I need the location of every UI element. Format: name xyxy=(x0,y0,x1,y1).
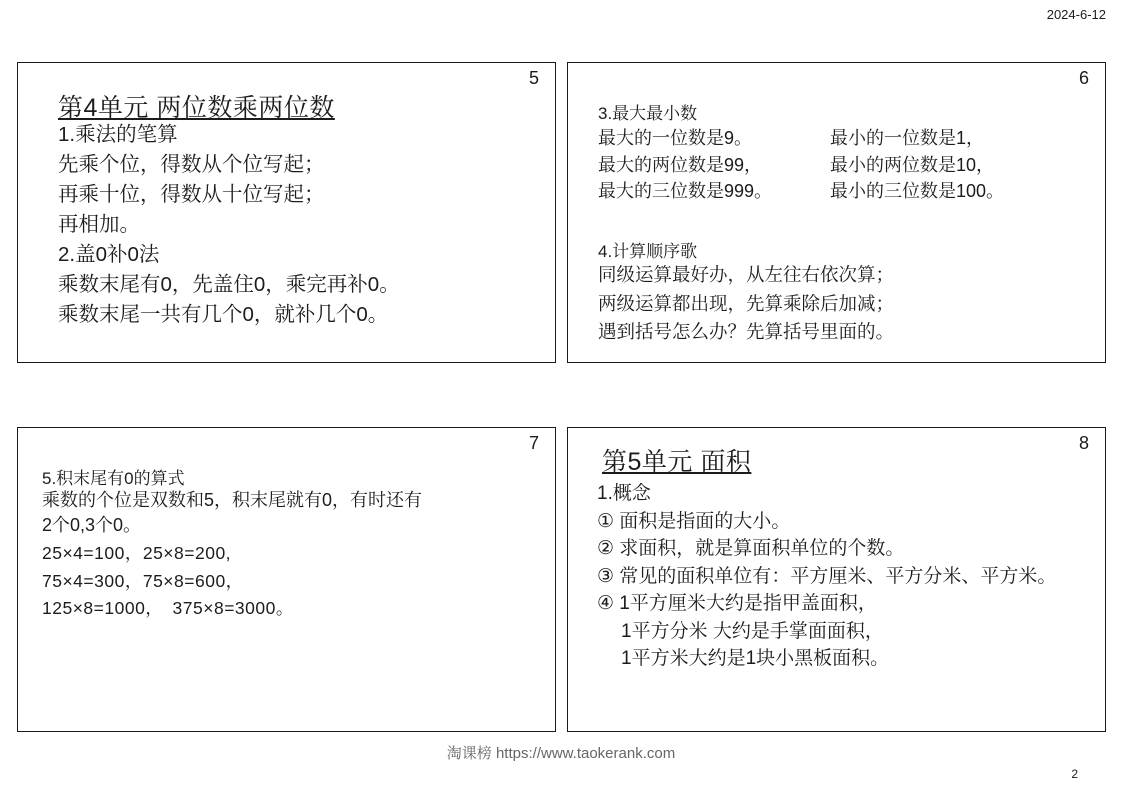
equation-line: 25×4=100，25×8=200, xyxy=(42,540,294,568)
body-line: 2.盖0补0法 xyxy=(58,240,400,270)
slide-body: 1.乘法的笔算 先乘个位，得数从个位写起； 再乘十位，得数从十位写起； 再相加。… xyxy=(58,120,400,330)
body-line: 最小的一位数是1， xyxy=(830,125,1004,152)
column-right: 最小的一位数是1， 最小的两位数是10， 最小的三位数是100。 xyxy=(830,125,1004,205)
slide-number: 5 xyxy=(529,68,539,89)
equation-line: 125×8=1000， 375×8=3000。 xyxy=(42,595,294,623)
section-heading: 4.计算顺序歌 xyxy=(598,237,697,262)
page-number: 2 xyxy=(1071,767,1078,781)
body-line: 遇到括号怎么办？先算括号里面的。 xyxy=(598,318,894,347)
handout-page: 2024-6-12 5 第4单元 两位数乘两位数 1.乘法的笔算 先乘个位，得数… xyxy=(0,0,1122,793)
body-line: ④ 1平方厘米大约是指甲盖面积， xyxy=(597,590,1056,618)
body-line: ① 面积是指面的大小。 xyxy=(597,508,1056,536)
slide-5: 5 第4单元 两位数乘两位数 1.乘法的笔算 先乘个位，得数从个位写起； 再乘十… xyxy=(17,62,556,363)
slide-title: 第5单元 面积 xyxy=(602,442,751,478)
body-line: 再乘十位，得数从十位写起； xyxy=(58,180,400,210)
slide-8: 8 第5单元 面积 1.概念 ① 面积是指面的大小。 ② 求面积，就是算面积单位… xyxy=(567,427,1106,732)
section-heading: 5.积末尾有0的算式 xyxy=(42,464,185,489)
body-line: 乘数末尾一共有几个0，就补几个0。 xyxy=(58,300,400,330)
body-line: 先乘个位，得数从个位写起； xyxy=(58,150,400,180)
equation-line: 75×4=300，75×8=600， xyxy=(42,568,294,596)
footer-watermark: 淘课榜 https://www.taokerank.com xyxy=(0,742,1122,763)
slide-number: 8 xyxy=(1079,433,1089,454)
two-column-block: 最大的一位数是9。 最大的两位数是99， 最大的三位数是999。 最小的一位数是… xyxy=(598,125,1004,205)
equations-block: 25×4=100，25×8=200, 75×4=300，75×8=600， 12… xyxy=(42,540,294,623)
body-line: 1平方分米 大约是手掌面面积， xyxy=(597,618,1056,646)
section-body: 乘数的个位是双数和5，积末尾就有0，有时还有 2个0,3个0。 xyxy=(42,488,422,538)
body-line: 最大的三位数是999。 xyxy=(598,178,830,205)
body-line: 最小的三位数是100。 xyxy=(830,178,1004,205)
body-line: 两级运算都出现，先算乘除后加减； xyxy=(598,290,894,319)
slide-number: 6 xyxy=(1079,68,1089,89)
body-line: 最大的两位数是99， xyxy=(598,152,830,179)
column-left: 最大的一位数是9。 最大的两位数是99， 最大的三位数是999。 xyxy=(598,125,830,205)
date-header: 2024-6-12 xyxy=(1047,7,1106,22)
slide-title: 第4单元 两位数乘两位数 xyxy=(58,88,335,124)
body-line: 1平方米大约是1块小黑板面积。 xyxy=(597,645,1056,673)
slide-6: 6 3.最大最小数 最大的一位数是9。 最大的两位数是99， 最大的三位数是99… xyxy=(567,62,1106,363)
section-heading: 3.最大最小数 xyxy=(598,99,697,124)
body-line: 1.概念 xyxy=(597,480,1056,508)
body-line: 再相加。 xyxy=(58,210,400,240)
body-line: 同级运算最好办，从左往右依次算； xyxy=(598,261,894,290)
body-line: 2个0,3个0。 xyxy=(42,513,422,538)
body-line: 乘数的个位是双数和5，积末尾就有0，有时还有 xyxy=(42,488,422,513)
body-line: 最小的两位数是10， xyxy=(830,152,1004,179)
body-line: ③ 常见的面积单位有：平方厘米、平方分米、平方米。 xyxy=(597,563,1056,591)
body-line: ② 求面积，就是算面积单位的个数。 xyxy=(597,535,1056,563)
slide-number: 7 xyxy=(529,433,539,454)
body-line: 最大的一位数是9。 xyxy=(598,125,830,152)
slide-body: 1.概念 ① 面积是指面的大小。 ② 求面积，就是算面积单位的个数。 ③ 常见的… xyxy=(597,480,1056,673)
section-body: 同级运算最好办，从左往右依次算； 两级运算都出现，先算乘除后加减； 遇到括号怎么… xyxy=(598,261,894,347)
slide-7: 7 5.积末尾有0的算式 乘数的个位是双数和5，积末尾就有0，有时还有 2个0,… xyxy=(17,427,556,732)
body-line: 乘数末尾有0，先盖住0，乘完再补0。 xyxy=(58,270,400,300)
body-line: 1.乘法的笔算 xyxy=(58,120,400,150)
